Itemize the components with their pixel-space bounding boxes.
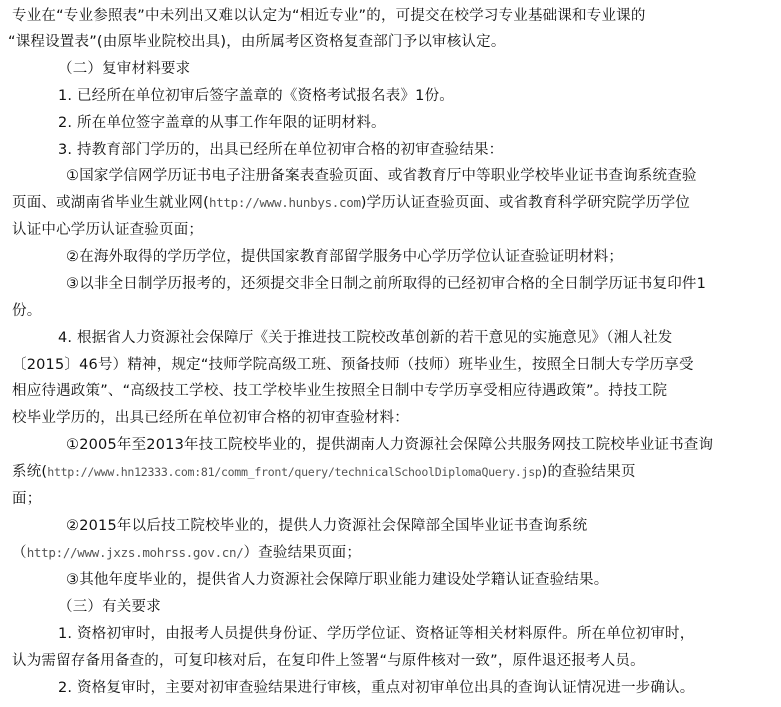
text-span: ）查验结果页面； — [243, 545, 361, 561]
text-span: ③其他年度毕业的，提供省人力资源社会保障厅职业能力建设处学籍认证查验结果。 — [66, 572, 608, 588]
text-span: ②在海外取得的学历学位，提供国家教育部留学服务中心学历学位认证查验证明材料； — [66, 249, 623, 265]
sub-item: ②在海外取得的学历学位，提供国家教育部留学服务中心学历学位认证查验证明材料； — [66, 247, 623, 267]
text-span: 校毕业学历的，出具已经所在单位初审合格的初审查验材料： — [12, 410, 409, 426]
text-line: 认为需留存备用备查的，可复印核对后，在复印件上签署“与原件核对一致”，原件退还报… — [12, 651, 645, 671]
text-span: 〔2015〕46号）精神，规定“技师学院高级工班、预备技师（技师）班毕业生，按照… — [12, 357, 694, 373]
url-text: http://www.hunbys.com — [209, 195, 361, 210]
sub-item: ②2015年以后技工院校毕业的，提供人力资源社会保障部全国毕业证书查询系统 — [66, 516, 587, 536]
text-span: （二）复审材料要求 — [58, 61, 190, 77]
text-span: 3. 持教育部门学历的，出具已经所在单位初审合格的初审查验结果： — [58, 142, 503, 158]
text-span: “课程设置表”(由原毕业院校出具)，由所属考区资格复查部门予以审核认定。 — [8, 34, 506, 50]
text-line: 面； — [12, 489, 41, 509]
text-span: 专业在“专业参照表”中未列出又难以认定为“相近专业”的，可提交在校学习专业基础课… — [12, 8, 646, 24]
text-span: 认为需留存备用备查的，可复印核对后，在复印件上签署“与原件核对一致”，原件退还报… — [12, 653, 645, 669]
text-span: ②2015年以后技工院校毕业的，提供人力资源社会保障部全国毕业证书查询系统 — [66, 518, 587, 534]
list-item: 2. 资格复审时，主要对初审查验结果进行审核，重点对初审单位出具的查询认证情况进… — [58, 678, 694, 698]
section-heading: （二）复审材料要求 — [58, 59, 190, 79]
sub-item: ③以非全日制学历报考的，还须提交非全日制之前所取得的已经初审合格的全日制学历证书… — [66, 274, 706, 294]
text-span: 份。 — [12, 303, 41, 319]
text-span: 认证中心学历认证查验页面； — [12, 222, 203, 238]
list-item: 2. 所在单位签字盖章的从事工作年限的证明材料。 — [58, 113, 386, 133]
list-item: 1. 已经所在单位初审后签字盖章的《资格考试报名表》1份。 — [58, 86, 454, 106]
text-span: ①2005年至2013年技工院校毕业的，提供湖南人力资源社会保障公共服务网技工院… — [66, 437, 713, 453]
text-span: 相应待遇政策”、“高级技工学校、技工学校毕业生按照全日制中专学历享受相应待遇政策… — [12, 383, 667, 399]
text-line: 认证中心学历认证查验页面； — [12, 220, 203, 240]
text-line: 〔2015〕46号）精神，规定“技师学院高级工班、预备技师（技师）班毕业生，按照… — [12, 355, 694, 375]
text-line: 校毕业学历的，出具已经所在单位初审合格的初审查验材料： — [12, 408, 409, 428]
text-span: ③以非全日制学历报考的，还须提交非全日制之前所取得的已经初审合格的全日制学历证书… — [66, 276, 706, 292]
list-item: 1. 资格初审时，由报考人员提供身份证、学历学位证、资格证等相关材料原件。所在单… — [58, 624, 694, 644]
url-text: http://www.hn12333.com:81/comm_front/que… — [47, 465, 541, 479]
text-span: （三）有关要求 — [58, 599, 161, 615]
section-heading: （三）有关要求 — [58, 597, 161, 617]
text-span: 系统( — [12, 464, 47, 480]
list-item: 3. 持教育部门学历的，出具已经所在单位初审合格的初审查验结果： — [58, 140, 503, 160]
text-line: 页面、或湖南省毕业生就业网(http://www.hunbys.com)学历认证… — [12, 193, 690, 213]
text-line: 系统(http://www.hn12333.com:81/comm_front/… — [12, 462, 636, 482]
text-span: ①国家学信网学历证书电子注册备案表查验页面、或省教育厅中等职业学校毕业证书查询系… — [66, 168, 697, 184]
sub-item: ①2005年至2013年技工院校毕业的，提供湖南人力资源社会保障公共服务网技工院… — [66, 435, 713, 455]
url-text: http://www.jxzs.mohrss.gov.cn/ — [27, 545, 244, 560]
document-page: 专业在“专业参照表”中未列出又难以认定为“相近专业”的，可提交在校学习专业基础课… — [0, 0, 781, 707]
text-line: “课程设置表”(由原毕业院校出具)，由所属考区资格复查部门予以审核认定。 — [8, 32, 506, 52]
text-line: 专业在“专业参照表”中未列出又难以认定为“相近专业”的，可提交在校学习专业基础课… — [12, 6, 646, 26]
text-span: 1. 资格初审时，由报考人员提供身份证、学历学位证、资格证等相关材料原件。所在单… — [58, 626, 694, 642]
list-item: 4. 根据省人力资源社会保障厅《关于推进技工院校改革创新的若干意见的实施意见》（… — [58, 328, 673, 348]
text-span: 面； — [12, 491, 41, 507]
text-span: 4. 根据省人力资源社会保障厅《关于推进技工院校改革创新的若干意见的实施意见》（… — [58, 330, 673, 346]
text-span: 1. 已经所在单位初审后签字盖章的《资格考试报名表》1份。 — [58, 88, 454, 104]
sub-item: ①国家学信网学历证书电子注册备案表查验页面、或省教育厅中等职业学校毕业证书查询系… — [66, 166, 697, 186]
text-span: 2. 所在单位签字盖章的从事工作年限的证明材料。 — [58, 115, 386, 131]
text-span: （ — [12, 545, 27, 561]
text-line: 相应待遇政策”、“高级技工学校、技工学校毕业生按照全日制中专学历享受相应待遇政策… — [12, 381, 667, 401]
text-line: 份。 — [12, 301, 41, 321]
text-span: )学历认证查验页面、或省教育科学研究院学历学位 — [361, 195, 690, 211]
sub-item: ③其他年度毕业的，提供省人力资源社会保障厅职业能力建设处学籍认证查验结果。 — [66, 570, 608, 590]
text-span: 页面、或湖南省毕业生就业网( — [12, 195, 209, 211]
text-span: )的查验结果页 — [542, 464, 636, 480]
text-line: （http://www.jxzs.mohrss.gov.cn/）查验结果页面； — [12, 543, 361, 563]
text-span: 2. 资格复审时，主要对初审查验结果进行审核，重点对初审单位出具的查询认证情况进… — [58, 680, 694, 696]
